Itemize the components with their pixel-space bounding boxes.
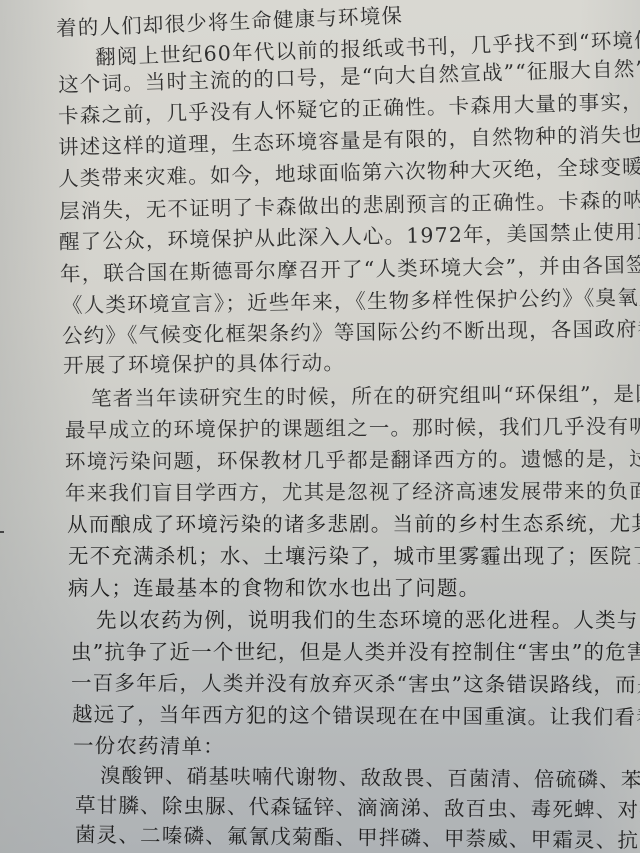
paragraph-start: 先以农药为例，说明我们的生态环境的恶化进程。人类与“害	[96, 608, 640, 632]
book-page: 着的人们却很少将生命健康与环境保 翻阅上世纪60年代以前的报纸或书刊，几乎找不到…	[0, 0, 640, 853]
text-line: 病人；连最基本的食物和饮水也出了问题。	[68, 576, 480, 600]
text-line: 年来我们盲目学西方，尤其是忽视了经济高速发展带来的负面作用，	[65, 479, 640, 505]
text-line: 开展了环境保护的具体行动。	[63, 351, 345, 378]
text-line: 一份农药清单：	[73, 733, 225, 758]
text-line: 着的人们却很少将生命健康与环境保	[56, 3, 404, 40]
text-line: 草甘膦、除虫脲、代森锰锌、滴滴涕、敌百虫、毒死蜱、对硫磷、多	[75, 793, 640, 823]
text-line: 层消失，无不证明了卡森做出的悲剧预言的正确性。卡森的呐喊，唤	[59, 187, 640, 223]
text-line: 人类带来灾难。如今，地球面临第六次物种大灭绝，全球变暖、臭氧	[58, 153, 640, 191]
paragraph-start: 笔者当年读研究生的时候，所在的研究组叫“环保组”，是国内	[91, 381, 640, 410]
text-line: 虫”抗争了近一个世纪，但是人类并没有控制住“害虫”的危害。	[71, 640, 640, 664]
text-line: 最早成立的环境保护的课题组之一。那时候，我们几乎没有听说什么	[65, 414, 640, 443]
text-line: 一百多年后，人类并没有放弃灭杀“害虫”这条错误路线，而是越走	[71, 671, 640, 697]
text-line: 《人类环境宣言》；近些年来，《生物多样性保护公约》《臭氧层保护	[62, 285, 640, 318]
list-start: 溴酸钾、硝基呋喃代谢物、敌敌畏、百菌清、倍硫磷、苯丁锡、	[100, 763, 640, 792]
text-line: 越远了，当年西方犯的这个错误现在在中国重演。让我们看看下面的	[72, 702, 640, 729]
text-line: 环境污染问题，环保教材几乎都是翻译西方的。遗憾的是，过去几十	[65, 446, 640, 473]
text-line: 公约》《气候变化框架条约》等国际公约不断出现，各国政府都积极	[62, 316, 640, 348]
text-line: 从而酿成了环境污染的诸多悲剧。当前的乡村生态系统，尤其农田，	[67, 511, 640, 536]
text-line: 醒了公众，环境保护从此深入人心。1972年，美国禁止使用DDT；同	[59, 218, 640, 254]
text-line: 无不充满杀机；水、土壤污染了，城市里雾霾出现了；医院了挤满了	[68, 544, 640, 568]
text-line: 讲述这样的道理，生态环境容量是有限的，自然物种的消失也将会给	[58, 121, 640, 160]
text-line: 菌灵、二嗪磷、氟氰戊菊酯、甲拌磷、甲萘威、甲霜灵、抗蚜威、克	[75, 823, 640, 853]
text-line: 年，联合国在斯德哥尔摩召开了“人类环境大会”，并由各国签署了	[60, 252, 640, 286]
